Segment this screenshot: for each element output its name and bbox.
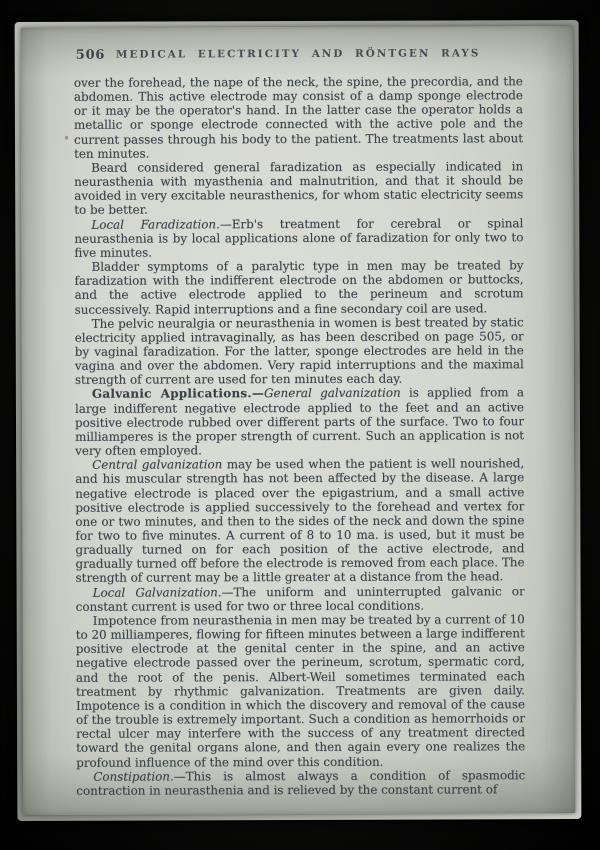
paragraph: Local Galvanization.—The uniform and uni… (76, 584, 525, 614)
text-segment-italic: General galvanization (264, 386, 401, 400)
paragraph: over the forehead, the nape of the neck,… (74, 74, 523, 161)
text-segment-normal: Impotence from neurasthenia in men may b… (76, 612, 525, 769)
text-segment-italic: Local Galvanization. (93, 585, 222, 599)
running-title: MEDICAL ELECTRICITY AND RÖNTGEN RAYS (74, 45, 523, 61)
book-page: 506 MEDICAL ELECTRICITY AND RÖNTGEN RAYS… (21, 26, 576, 815)
page-header: 506 MEDICAL ELECTRICITY AND RÖNTGEN RAYS (74, 45, 523, 64)
text-segment-italic: Local Faradization. (91, 217, 220, 231)
paragraph: Bladder symptoms of a paralytic type in … (74, 258, 523, 316)
text-segment-normal: Bladder symptoms of a paralytic type in … (74, 258, 523, 316)
paragraph: Beard considered general faradization as… (74, 159, 523, 217)
text-segment-normal: may be used when the patient is well nou… (75, 456, 524, 585)
paragraph: Impotence from neurasthenia in men may b… (76, 612, 526, 769)
paragraph: Galvanic Applications.—General galvaniza… (75, 386, 524, 458)
text-segment-normal: over the forehead, the nape of the neck,… (74, 74, 523, 160)
paragraph: The pelvic neuralgia or neurasthenia in … (75, 315, 524, 387)
paragraph: Central galvanization may be used when t… (75, 456, 524, 585)
book-page-edge: 506 MEDICAL ELECTRICITY AND RÖNTGEN RAYS… (15, 20, 582, 821)
page-number: 506 (76, 48, 106, 63)
text-segment-italic: Central galvanization (92, 457, 222, 471)
paragraph: Local Faradization.—Erb's treatment for … (74, 216, 523, 260)
text-segment-normal: Beard considered general faradization as… (74, 159, 523, 217)
paragraph: Constipation.—This is almost always a co… (76, 768, 525, 798)
text-segment-normal: The pelvic neuralgia or neurasthenia in … (75, 315, 524, 387)
page-content: 506 MEDICAL ELECTRICITY AND RÖNTGEN RAYS… (21, 26, 576, 798)
text-segment-bold: Galvanic Applications.— (92, 387, 264, 402)
photo-frame: 506 MEDICAL ELECTRICITY AND RÖNTGEN RAYS… (0, 0, 600, 850)
text-segment-italic: Constipation. (93, 769, 174, 783)
body-text: over the forehead, the nape of the neck,… (74, 74, 526, 798)
